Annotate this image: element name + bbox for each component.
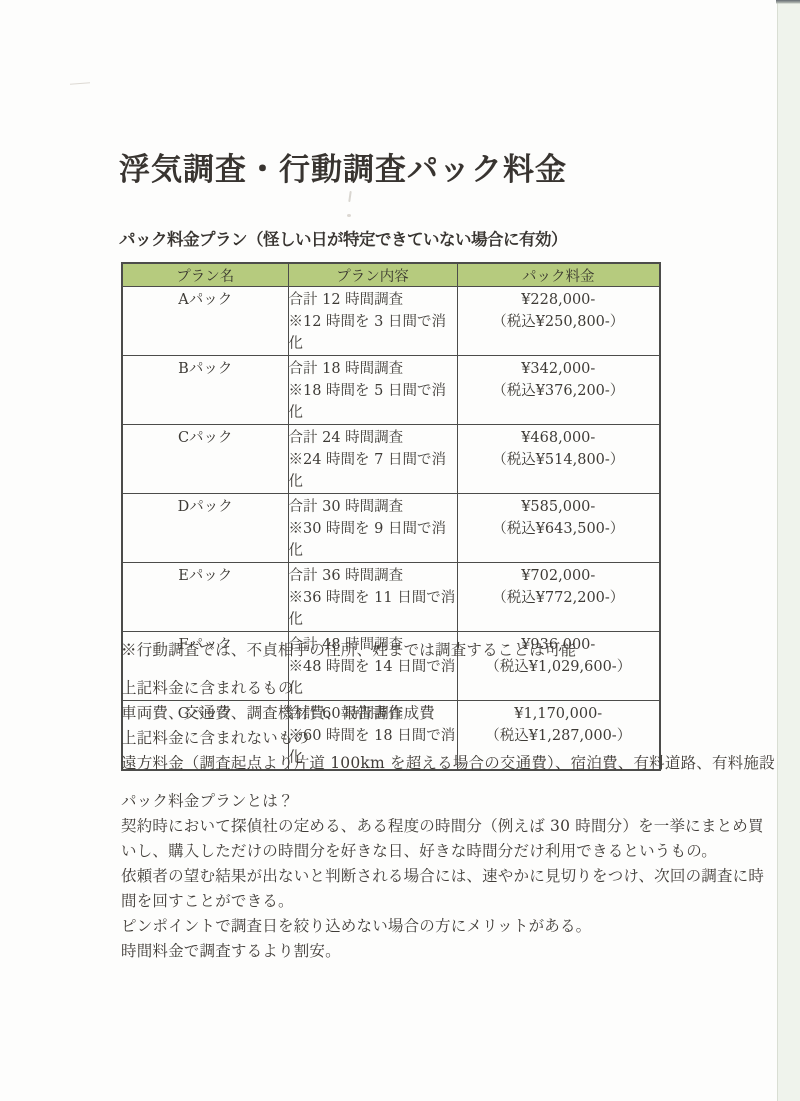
price-tax-line: （税込¥250,800-） — [458, 311, 660, 333]
explanation-line: ピンポイントで調査日を絞り込めない場合の方にメリットがある。 — [121, 914, 764, 939]
section-subtitle: パック料金プラン（怪しい日が特定できていない場合に有効） — [119, 226, 567, 250]
plan-content-line-1: 合計 36 時間調査 — [289, 565, 457, 587]
plan-content-cell: 合計 18 時間調査 ※18 時間を 5 日間で消化 — [288, 356, 457, 425]
scanned-page: 浮気調査・行動調査パック料金 パック料金プラン（怪しい日が特定できていない場合に… — [0, 0, 800, 1101]
pack-plan-explanation: パック料金プランとは？ 契約時において探偵社の定める、ある程度の時間分（例えば … — [121, 789, 764, 964]
plan-name-cell: Aパック — [122, 287, 288, 356]
explanation-line: 依頼者の望む結果が出ないと判断される場合には、速やかに見切りをつけ、次回の調査に… — [121, 864, 764, 889]
plan-name-cell: Cパック — [122, 425, 288, 494]
pack-price-cell: ¥228,000- （税込¥250,800-） — [457, 287, 660, 356]
price-line: ¥342,000- — [458, 358, 660, 380]
excluded-costs-items: 遠方料金（調査起点より片道 100km を超える場合の交通費）、宿泊費、有料道路… — [121, 751, 775, 776]
plan-content-line-1: 合計 24 時間調査 — [289, 427, 457, 449]
document-title: 浮気調査・行動調査パック料金 — [119, 144, 567, 189]
behavior-note: ※行動調査では、不貞相手の住所、姓までは調査することは可能 — [121, 638, 576, 660]
price-tax-line: （税込¥643,500-） — [458, 518, 660, 540]
plan-content-line-2: ※24 時間を 7 日間で消化 — [289, 449, 457, 493]
header-cell-plan-name: プラン名 — [122, 263, 288, 287]
scan-speck — [70, 82, 90, 84]
price-tax-line: （税込¥772,200-） — [458, 587, 660, 609]
pricing-table-row: Dパック 合計 30 時間調査 ※30 時間を 9 日間で消化 ¥585,000… — [122, 494, 660, 563]
explanation-line: 時間料金で調査するより割安。 — [121, 939, 764, 964]
plan-content-cell: 合計 30 時間調査 ※30 時間を 9 日間で消化 — [288, 494, 457, 563]
pack-price-cell: ¥468,000- （税込¥514,800-） — [457, 425, 660, 494]
explanation-line: 間を回すことができる。 — [121, 889, 764, 914]
pricing-table-row: Eパック 合計 36 時間調査 ※36 時間を 11 日間で消化 ¥702,00… — [122, 563, 660, 632]
plan-content-line-2: ※12 時間を 3 日間で消化 — [289, 311, 457, 355]
plan-name-cell: Bパック — [122, 356, 288, 425]
plan-content-cell: 合計 12 時間調査 ※12 時間を 3 日間で消化 — [288, 287, 457, 356]
price-line: ¥585,000- — [458, 496, 660, 518]
pricing-table-row: Aパック 合計 12 時間調査 ※12 時間を 3 日間で消化 ¥228,000… — [122, 287, 660, 356]
header-cell-pack-price: パック料金 — [457, 263, 660, 287]
plan-content-line-1: 合計 12 時間調査 — [289, 289, 457, 311]
plan-content-cell: 合計 36 時間調査 ※36 時間を 11 日間で消化 — [288, 563, 457, 632]
explanation-heading: パック料金プランとは？ — [121, 789, 764, 814]
header-cell-plan-content: プラン内容 — [288, 263, 457, 287]
excluded-costs-heading: 上記料金に含まれないもの — [121, 726, 775, 751]
pack-price-cell: ¥585,000- （税込¥643,500-） — [457, 494, 660, 563]
included-costs-items: 車両費、交通費、調査機材費、報告書作成費 — [121, 701, 775, 726]
explanation-line: いし、購入しただけの時間分を好きな日、好きな時間分だけ利用できるというもの。 — [121, 839, 764, 864]
plan-content-cell: 合計 24 時間調査 ※24 時間を 7 日間で消化 — [288, 425, 457, 494]
plan-content-line-1: 合計 30 時間調査 — [289, 496, 457, 518]
plan-content-line-2: ※36 時間を 11 日間で消化 — [289, 587, 457, 631]
price-line: ¥702,000- — [458, 565, 660, 587]
plan-name-cell: Eパック — [122, 563, 288, 632]
scan-speck — [348, 191, 352, 202]
pricing-table-header-row: プラン名 プラン内容 パック料金 — [122, 263, 660, 287]
plan-name-cell: Dパック — [122, 494, 288, 563]
pricing-table-row: Cパック 合計 24 時間調査 ※24 時間を 7 日間で消化 ¥468,000… — [122, 425, 660, 494]
explanation-line: 契約時において探偵社の定める、ある程度の時間分（例えば 30 時間分）を一挙にま… — [121, 814, 764, 839]
plan-content-line-2: ※18 時間を 5 日間で消化 — [289, 380, 457, 424]
price-line: ¥228,000- — [458, 289, 660, 311]
pack-price-cell: ¥342,000- （税込¥376,200-） — [457, 356, 660, 425]
scanner-edge-strip — [777, 0, 800, 1101]
plan-content-line-1: 合計 18 時間調査 — [289, 358, 457, 380]
price-tax-line: （税込¥376,200-） — [458, 380, 660, 402]
costs-block: 上記料金に含まれるもの 車両費、交通費、調査機材費、報告書作成費 上記料金に含ま… — [121, 676, 775, 776]
plan-content-line-2: ※30 時間を 9 日間で消化 — [289, 518, 457, 562]
price-tax-line: （税込¥514,800-） — [458, 449, 660, 471]
scan-speck — [347, 214, 351, 217]
pricing-table-row: Bパック 合計 18 時間調査 ※18 時間を 5 日間で消化 ¥342,000… — [122, 356, 660, 425]
included-costs-heading: 上記料金に含まれるもの — [121, 676, 775, 701]
pack-price-cell: ¥702,000- （税込¥772,200-） — [457, 563, 660, 632]
scanner-corner-shadow — [776, 0, 800, 4]
price-line: ¥468,000- — [458, 427, 660, 449]
